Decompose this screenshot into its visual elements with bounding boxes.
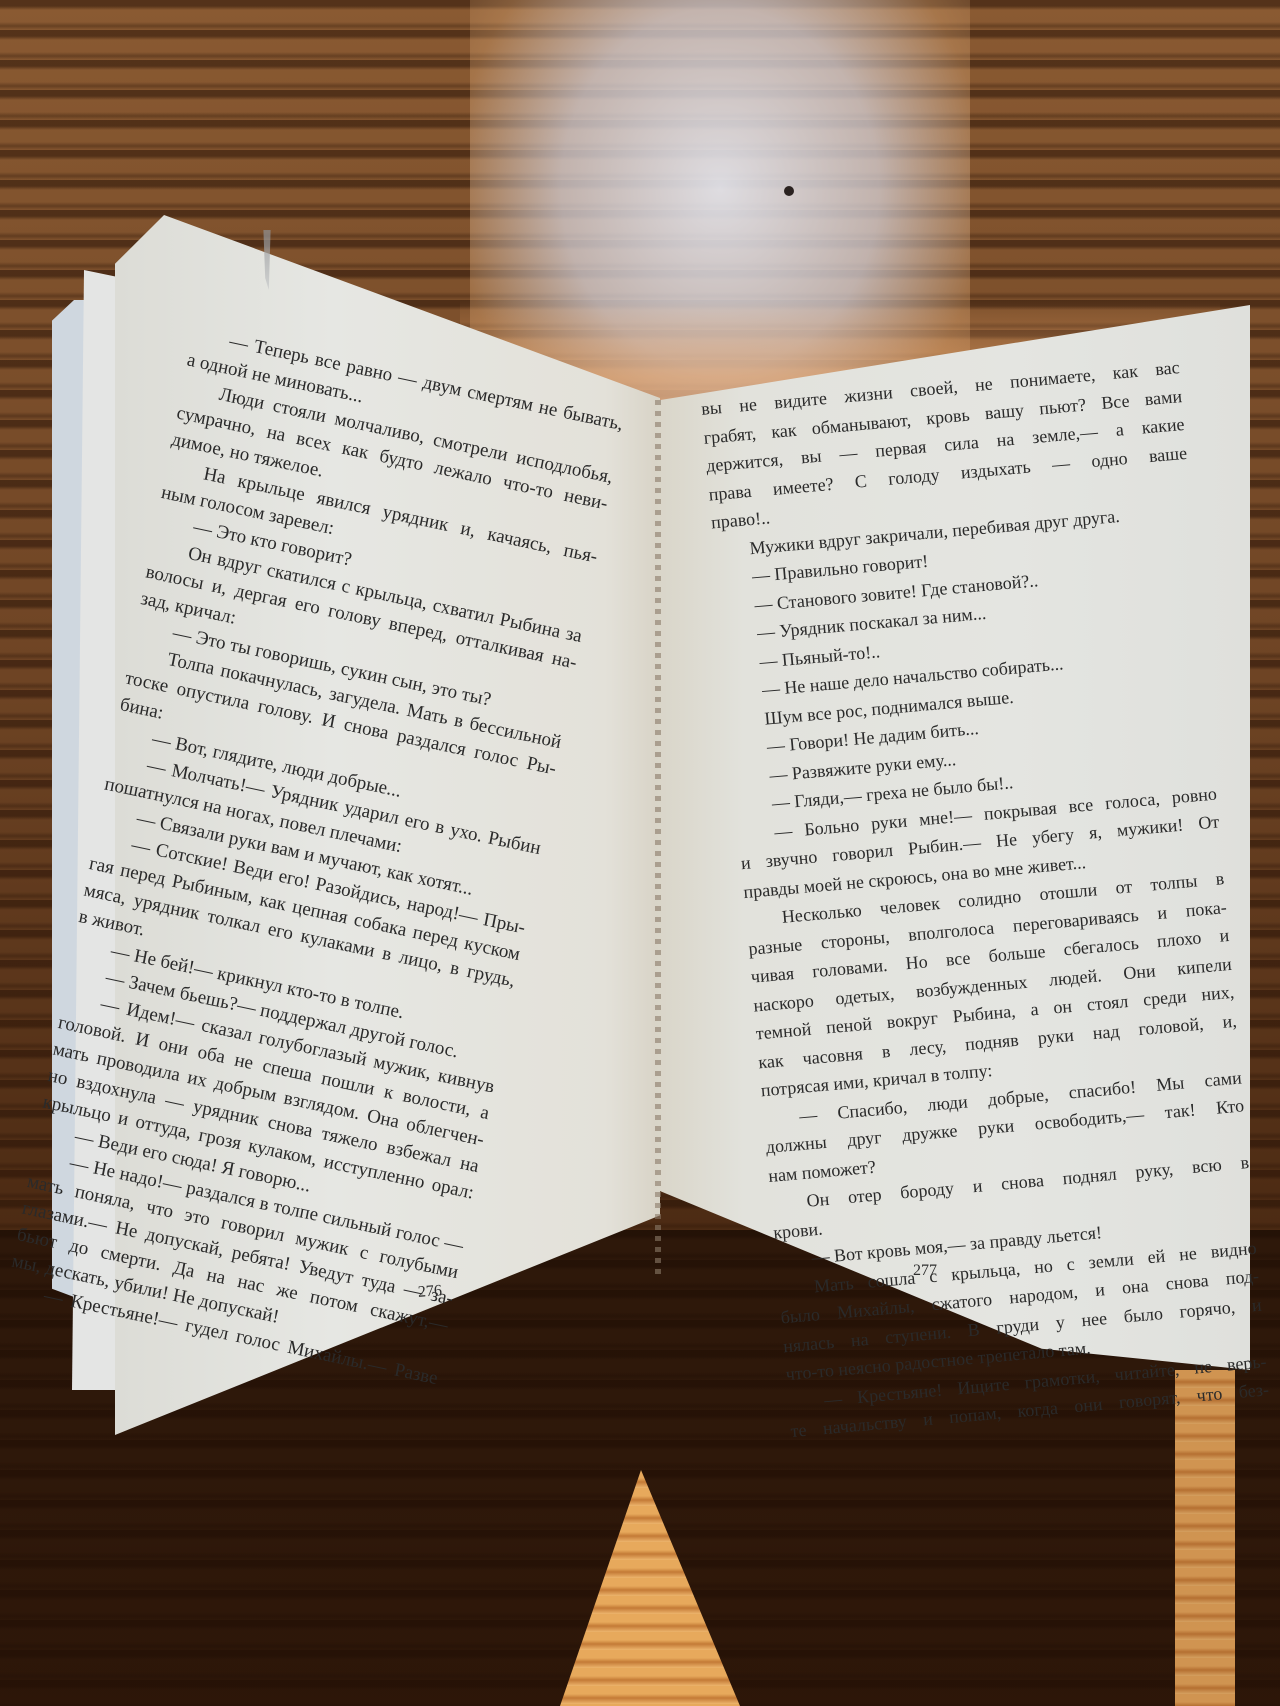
page-number-right: 277 [913,1262,937,1280]
sunlight-strip-right [1175,1370,1235,1706]
photo-scene: — Теперь все равно — двум смертям не быв… [0,0,1280,1706]
table-speck [784,186,794,196]
page-number-left: 276 [417,1282,442,1302]
right-page-text: вы не видите жизни своей, не понимаете, … [700,353,1270,1445]
book-gutter-stitching [655,400,661,1280]
